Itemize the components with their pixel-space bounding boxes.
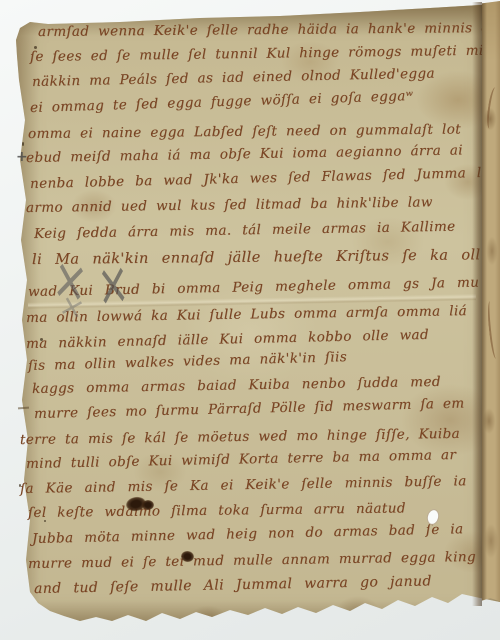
ink-blot [142, 500, 154, 510]
manuscript-line: murre mud ei ſe tei mud mulle annam murr… [28, 549, 476, 572]
paper-speck [22, 142, 24, 146]
paper-speck [19, 484, 21, 487]
manuscript-line: Jubba möta minne wad heig non do armas b… [32, 521, 464, 547]
adjacent-page-writing-fragment [485, 87, 500, 130]
pencil-plus-mark: + [16, 150, 28, 164]
manuscript-line: ei ommag te ſed egga fugge wöſſa ei goſa… [30, 88, 414, 116]
manuscript-line: kaggs omma armas baiad Kuiba nenbo ſudda… [32, 374, 441, 397]
manuscript-line: ma näkkin ennaſd iälle Kui omma kobbo ol… [26, 327, 429, 352]
manuscript-line: Keig ſedda árra mis ma. tál meile armas … [34, 219, 456, 242]
paper-speck [34, 46, 37, 49]
manuscript-line: terre ta mis ſe kál ſe möetus wed mo hin… [20, 426, 460, 448]
manuscript-line: wad Kui Brud bi omma Peig meghele omma g… [28, 275, 480, 300]
manuscript-line: nenba lobbe ba wad Jk'ka wes ſed Flawas … [30, 165, 490, 192]
manuscript-line: ſa Käe aind mis ſe Ka ei Keik'e ſelle mi… [20, 473, 467, 497]
manuscript-line: mind tulli obſe Kui wimiſd Korta terre b… [26, 447, 457, 472]
manuscript-line: ebud meiſd maha iá ma obſe Kui ioma aegi… [26, 142, 463, 166]
paper-speck [40, 338, 43, 341]
manuscript-scan: armſad wenna Keik'e ſelle radhe häida ia… [0, 0, 500, 640]
paper-speck [44, 520, 46, 522]
page-gutter-shadow [472, 2, 482, 606]
manuscript-line: murre ſees mo ſurmu Pärraſd Pölle ſid me… [34, 395, 465, 422]
manuscript-line: omma ei naine egga Labſed ſeſt need on g… [28, 121, 461, 142]
manuscript-line: ſel keſte wdaimo ſilma toka ſurma arru n… [28, 500, 406, 521]
manuscript-line: näkkin ma Peáls ſed as iad eined olnod K… [32, 66, 435, 90]
manuscript-line: ſis ma ollin walkes vides ma näk'k'in ſi… [28, 349, 348, 374]
manuscript-line: ma ollin lowwá ka Kui ſulle Lubs omma ar… [26, 303, 467, 326]
manuscript-line: ſe ſees ed ſe mulle ſel tunnil Kul hinge… [30, 42, 500, 65]
manuscript-line: armſad wenna Keik'e ſelle radhe häida ia… [38, 20, 499, 40]
manuscript-line: armo annid ued wul kus ſed litmad ba hin… [26, 194, 433, 216]
manuscript-line: and tud ſeſe mulle Ali Jummal warra go j… [34, 573, 432, 597]
pencil-x-mark: × [96, 254, 130, 318]
adjacent-page-edge [482, 1, 500, 603]
adjacent-page-writing-fragment [486, 301, 500, 360]
